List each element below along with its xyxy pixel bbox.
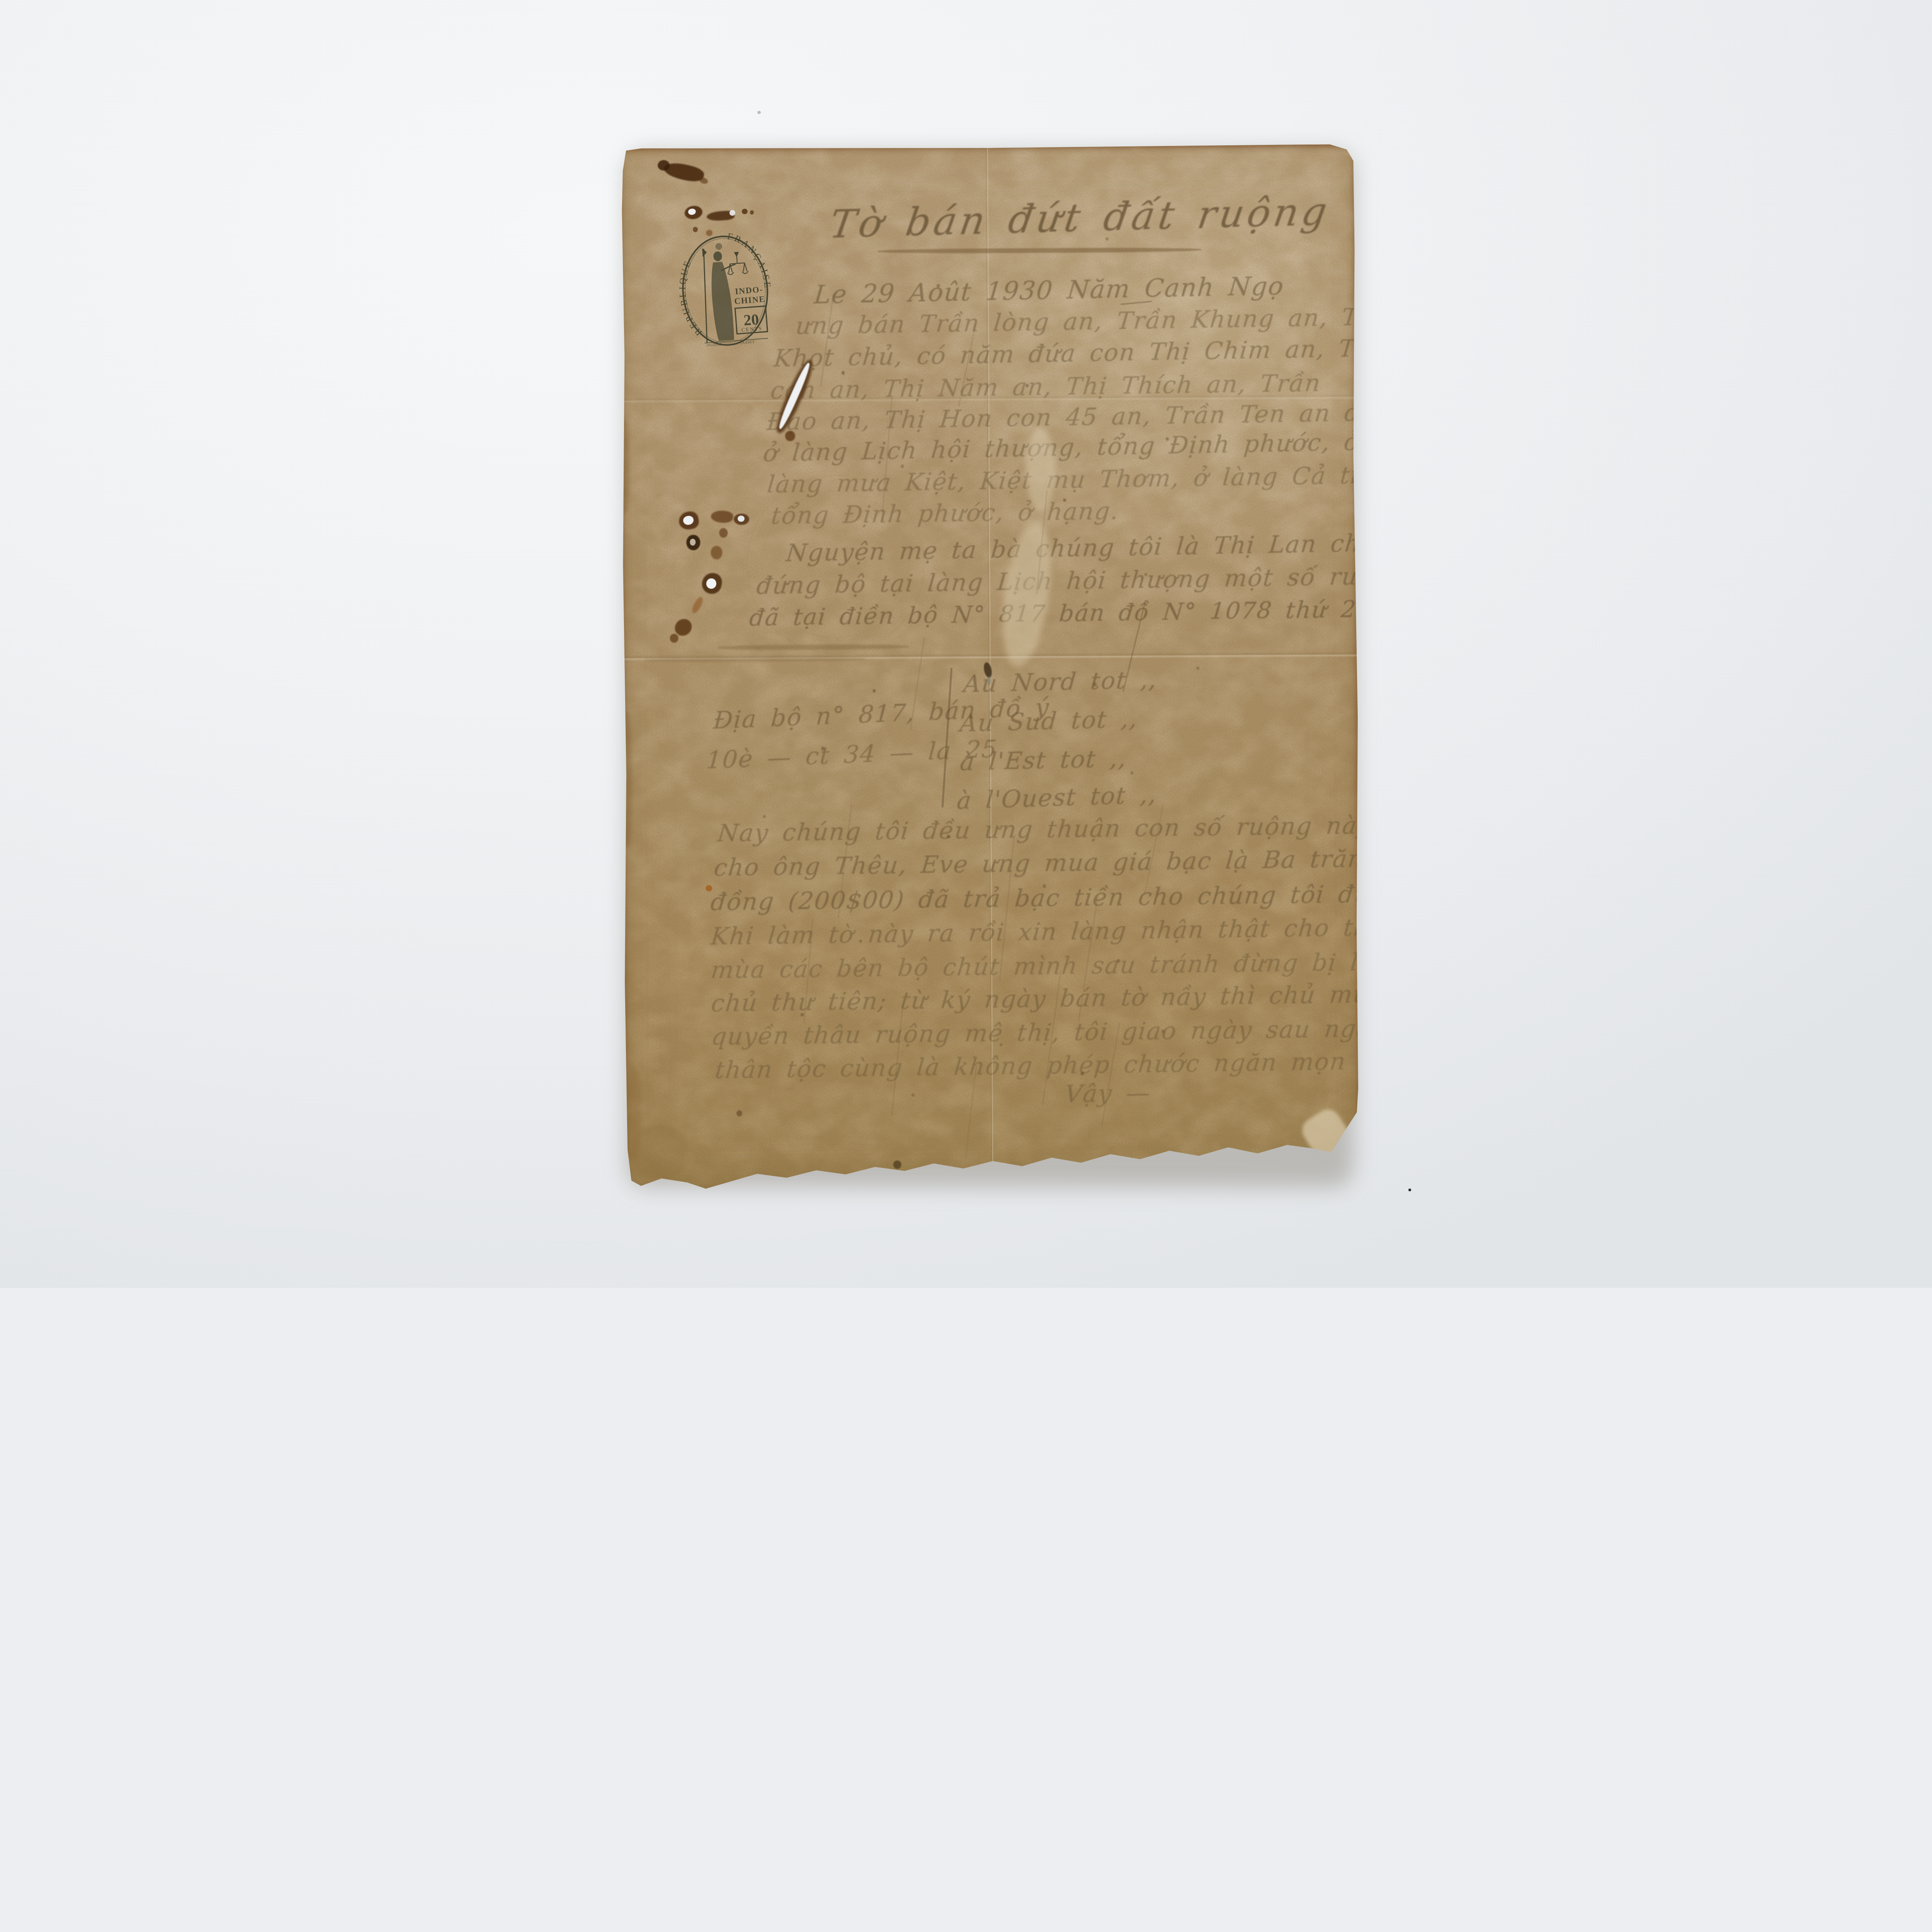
handwritten-line: mùa các bên bộ chút mình sau tránh đừng … bbox=[710, 950, 1399, 982]
paper-stain bbox=[706, 578, 717, 589]
handwritten-line: tổng Định phước, ở hạng. bbox=[770, 499, 1120, 528]
handwritten-line: à l'Ouest tot ,, bbox=[956, 782, 1158, 813]
backdrop-speck bbox=[757, 111, 761, 114]
handwritten-line: con an, Thị Năm an, Thị Thích an, Trần bbox=[769, 371, 1322, 403]
paper-stain bbox=[750, 211, 754, 215]
stamp-arc-text-right: FRANÇAISE bbox=[726, 228, 773, 293]
scratch-layer bbox=[619, 144, 1355, 148]
paper-stain bbox=[621, 711, 632, 847]
handwritten-line: Au Nord tot ,, bbox=[963, 668, 1158, 696]
handwritten-line: à l'Est tot ,, bbox=[959, 747, 1128, 774]
paper-stain bbox=[893, 1161, 901, 1169]
stamp-region-line2: CHINE bbox=[734, 294, 766, 306]
paper-stain bbox=[662, 160, 705, 185]
photo-stage: REPUBLIQUE FRANÇAISE bbox=[0, 0, 1932, 1288]
paper-stain bbox=[684, 205, 703, 220]
paper-stain bbox=[632, 1123, 687, 1181]
paper-stain bbox=[701, 572, 723, 595]
paper-stain bbox=[658, 160, 670, 171]
paper-stain bbox=[719, 528, 728, 537]
handwritten-line: Nay chúng tôi đều ưng thuận con số ruộng… bbox=[716, 812, 1490, 845]
handwritten-line: đã tại điền bộ N° 817 bán đồ N° 1078 thứ… bbox=[748, 595, 1546, 630]
paper-stain bbox=[742, 209, 747, 214]
stamp-arc-text-left: REPUBLIQUE bbox=[675, 257, 705, 338]
handwritten-line: cho ông Thêu, Eve ưng mua giá bạc là Ba … bbox=[713, 847, 1372, 880]
handwritten-line: làng mưa Kiệt, Kiệt mụ Thơm, ở làng Cả t… bbox=[766, 463, 1391, 497]
paper-stain bbox=[682, 515, 694, 526]
paper-stain bbox=[688, 208, 696, 216]
boundary-list: Au Nord tot ,,Au Sud tot ,,à l'Est tot ,… bbox=[619, 144, 1355, 148]
paper-stain bbox=[734, 514, 749, 525]
handwritten-line: đồng (200$00) đã trả bạc tiền cho chúng … bbox=[709, 882, 1430, 915]
paper-stain bbox=[686, 535, 700, 551]
paper-stain bbox=[912, 1094, 915, 1097]
handwritten-line: Vậy — bbox=[1064, 1081, 1152, 1106]
erased-line-smear bbox=[718, 644, 909, 650]
paper-stain bbox=[706, 885, 712, 891]
paper-stain bbox=[1131, 771, 1134, 774]
paper-stain bbox=[841, 371, 845, 375]
handwritten-line: Nguyện mẹ ta bà chúng tôi là Thị Lan chị… bbox=[785, 530, 1432, 565]
handwritten-line: chủ thư tiên; từ ký ngày bán tờ nầy thì … bbox=[710, 981, 1453, 1015]
handwritten-line: ưng bán Trần lòng an, Trần Khung an, Thị bbox=[795, 305, 1384, 338]
stamp-engraver-left: OUDINE bbox=[707, 343, 723, 348]
stain-layer bbox=[619, 144, 1355, 148]
paper-stain bbox=[738, 516, 745, 522]
handwritten-line: Le 29 Août 1930 Năm Canh Ngọ bbox=[813, 274, 1285, 308]
paper-stain bbox=[711, 510, 734, 524]
handwritten-line: 10è — ct 34 — la 25 bbox=[706, 737, 998, 772]
stamp-engraver-right: TASSET bbox=[740, 340, 755, 345]
paper-stain bbox=[872, 689, 876, 693]
handwritten-line: Khi làm tờ này ra rồi xin làng nhận thật… bbox=[709, 915, 1387, 949]
opening-paragraph: Le 29 Août 1930 Năm Canh Ngọưng bán Trần… bbox=[619, 144, 1355, 148]
closing-paragraph: Nay chúng tôi đều ưng thuận con số ruộng… bbox=[619, 144, 1355, 148]
paper-stain bbox=[670, 634, 678, 643]
declaration-paragraph: Nguyện mẹ ta bà chúng tôi là Thị Lan chị… bbox=[619, 144, 1355, 148]
backdrop-speck bbox=[1408, 1189, 1411, 1191]
registry-block: Địa bộ n° 817, bán đồ ý10è — ct 34 — la … bbox=[619, 144, 1355, 148]
document-title: Tờ bán đứt đất ruộng bbox=[827, 192, 1333, 244]
handwritten-line: Khọt chủ, có năm đứa con Thị Chim an, Tr… bbox=[773, 336, 1400, 371]
title-underline bbox=[878, 247, 1201, 254]
paper-stain bbox=[901, 465, 904, 468]
paper-stain bbox=[690, 596, 704, 615]
paper-stain bbox=[711, 546, 723, 560]
handwritten-line: đứng bộ tại làng Lịch hội thượng một số … bbox=[756, 561, 1550, 598]
revenue-stamp: REPUBLIQUE FRANÇAISE bbox=[659, 217, 792, 366]
handwritten-line: Au Sud tot ,, bbox=[959, 707, 1139, 736]
paper-stain bbox=[619, 419, 629, 513]
handwritten-line: quyền thâu ruộng mê thị, tôi giao ngày s… bbox=[710, 1017, 1387, 1049]
scales-icon bbox=[726, 252, 748, 275]
paper-stain bbox=[690, 539, 696, 546]
paper-stain bbox=[677, 510, 700, 531]
paper-stain bbox=[736, 1110, 742, 1116]
paper-stain bbox=[1196, 667, 1199, 670]
paper-stain bbox=[624, 1066, 641, 1160]
handwritten-line: thân tộc cùng là không phép chước ngăn m… bbox=[714, 1048, 1455, 1082]
document-paper: REPUBLIQUE FRANÇAISE bbox=[619, 144, 1361, 1191]
paper-stain bbox=[698, 177, 709, 185]
paper-stain bbox=[730, 210, 735, 216]
paper-stain bbox=[674, 618, 692, 637]
crease-smudge bbox=[644, 657, 865, 662]
paper-stain bbox=[763, 815, 766, 818]
fold-crease-horizontal bbox=[622, 651, 1358, 661]
paper-stain bbox=[706, 210, 735, 222]
